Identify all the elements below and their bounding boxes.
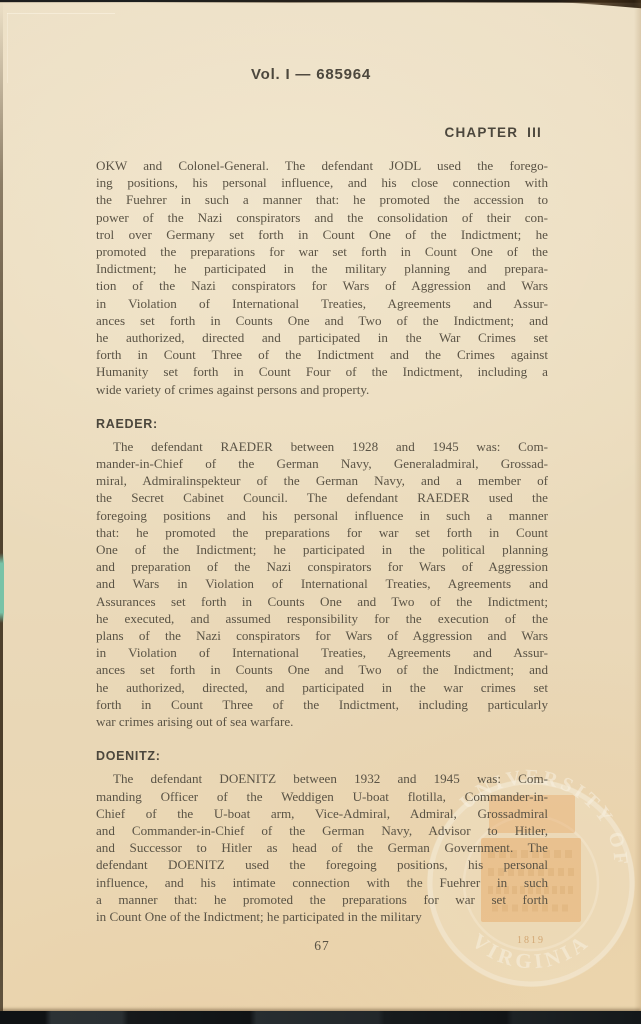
text-line: he authorized, directed, and participate… [96, 679, 548, 696]
text-line: ing positions, his personal influence, a… [96, 174, 548, 191]
section-heading: RAEDER: [96, 417, 548, 431]
text-line: in Count One of the Indictment; he parti… [96, 908, 548, 925]
paragraph: The defendant RAEDER between 1928 and 19… [96, 438, 548, 730]
text-line: trol over Germany set forth in Count One… [96, 226, 548, 243]
text-line: and Successor to Hitler as head of the G… [96, 839, 548, 856]
volume-header: Vol. I — 685964 [85, 66, 537, 83]
text-line: The defendant RAEDER between 1928 and 19… [96, 438, 548, 455]
text-line: tion of the Nazi conspirators for Wars o… [96, 277, 548, 294]
text-line: defendant DOENITZ used the foregoing pos… [96, 856, 548, 873]
paragraph: OKW and Colonel-General. The defendant J… [96, 157, 548, 398]
scan-edge-left [0, 0, 3, 1012]
paper-crease [7, 13, 8, 83]
text-line: the Fuehrer in such a manner that: he pr… [96, 191, 548, 208]
text-line: Assurances set forth in Counts One and T… [96, 593, 548, 610]
text-line: power of the Nazi conspirators and the c… [96, 209, 548, 226]
text-line: ances set forth in Counts One and Two of… [96, 661, 548, 678]
page-number: 67 [96, 938, 548, 954]
text-body: OKW and Colonel-General. The defendant J… [96, 157, 548, 925]
text-line: in Violation of International Treaties, … [96, 644, 548, 661]
paragraph: The defendant DOENITZ between 1932 and 1… [96, 770, 548, 925]
text-line: plans of the Nazi conspirators for Wars … [96, 627, 548, 644]
text-line: forth in Count Three of the Indictment, … [96, 696, 548, 713]
text-line: The defendant DOENITZ between 1932 and 1… [96, 770, 548, 787]
text-line: mander-in-Chief of the German Navy, Gene… [96, 455, 548, 472]
scanned-page: UNIVERSITY OF VIRGINIA 1819 Vol. I — 685… [0, 0, 641, 1024]
text-line: Chief of the U-boat arm, Vice-Admiral, A… [96, 805, 548, 822]
text-line: manding Officer of the Weddigen U-boat f… [96, 788, 548, 805]
scan-edge-top [0, 0, 641, 3]
text-line: war crimes arising out of sea warfare. [96, 713, 548, 730]
text-line: Indictment; he participated in the milit… [96, 260, 548, 277]
section-heading: DOENITZ: [96, 749, 548, 763]
text-line: promoted the preparations for war set fo… [96, 243, 548, 260]
page-paper: UNIVERSITY OF VIRGINIA 1819 Vol. I — 685… [0, 2, 641, 1012]
chapter-heading: CHAPTER III [96, 125, 548, 140]
text-line: a manner that: he promoted the preparati… [96, 891, 548, 908]
text-line: OKW and Colonel-General. The defendant J… [96, 157, 548, 174]
text-line: and preparation of the Nazi conspirators… [96, 558, 548, 575]
text-line: he authorized, directed and participated… [96, 329, 548, 346]
text-line: Humanity set forth in Count Four of the … [96, 363, 548, 380]
page-content: Vol. I — 685964 CHAPTER III OKW and Colo… [96, 2, 548, 954]
text-line: and Commander-in-Chief of the German Nav… [96, 822, 548, 839]
text-line: he executed, and assumed responsibility … [96, 610, 548, 627]
text-line: and Wars in Violation of International T… [96, 575, 548, 592]
text-line: One of the Indictment; he participated i… [96, 541, 548, 558]
text-line: miral, Admiralinspekteur of the German N… [96, 472, 548, 489]
teal-edge-strip [0, 553, 4, 623]
text-line: wide variety of crimes against persons a… [96, 381, 548, 398]
scanner-bed-strip [0, 1011, 641, 1024]
text-line: influence, and his intimate connection w… [96, 874, 548, 891]
text-line: ances set forth in Counts One and Two of… [96, 312, 548, 329]
text-line: the Secret Cabinet Council. The defendan… [96, 489, 548, 506]
text-line: in Violation of International Treaties, … [96, 295, 548, 312]
text-line: that: he promoted the preparations for w… [96, 524, 548, 541]
scan-edge-right [634, 0, 641, 1012]
text-line: forth in Count Three of the Indictment a… [96, 346, 548, 363]
text-line: foregoing positions and his personal inf… [96, 507, 548, 524]
